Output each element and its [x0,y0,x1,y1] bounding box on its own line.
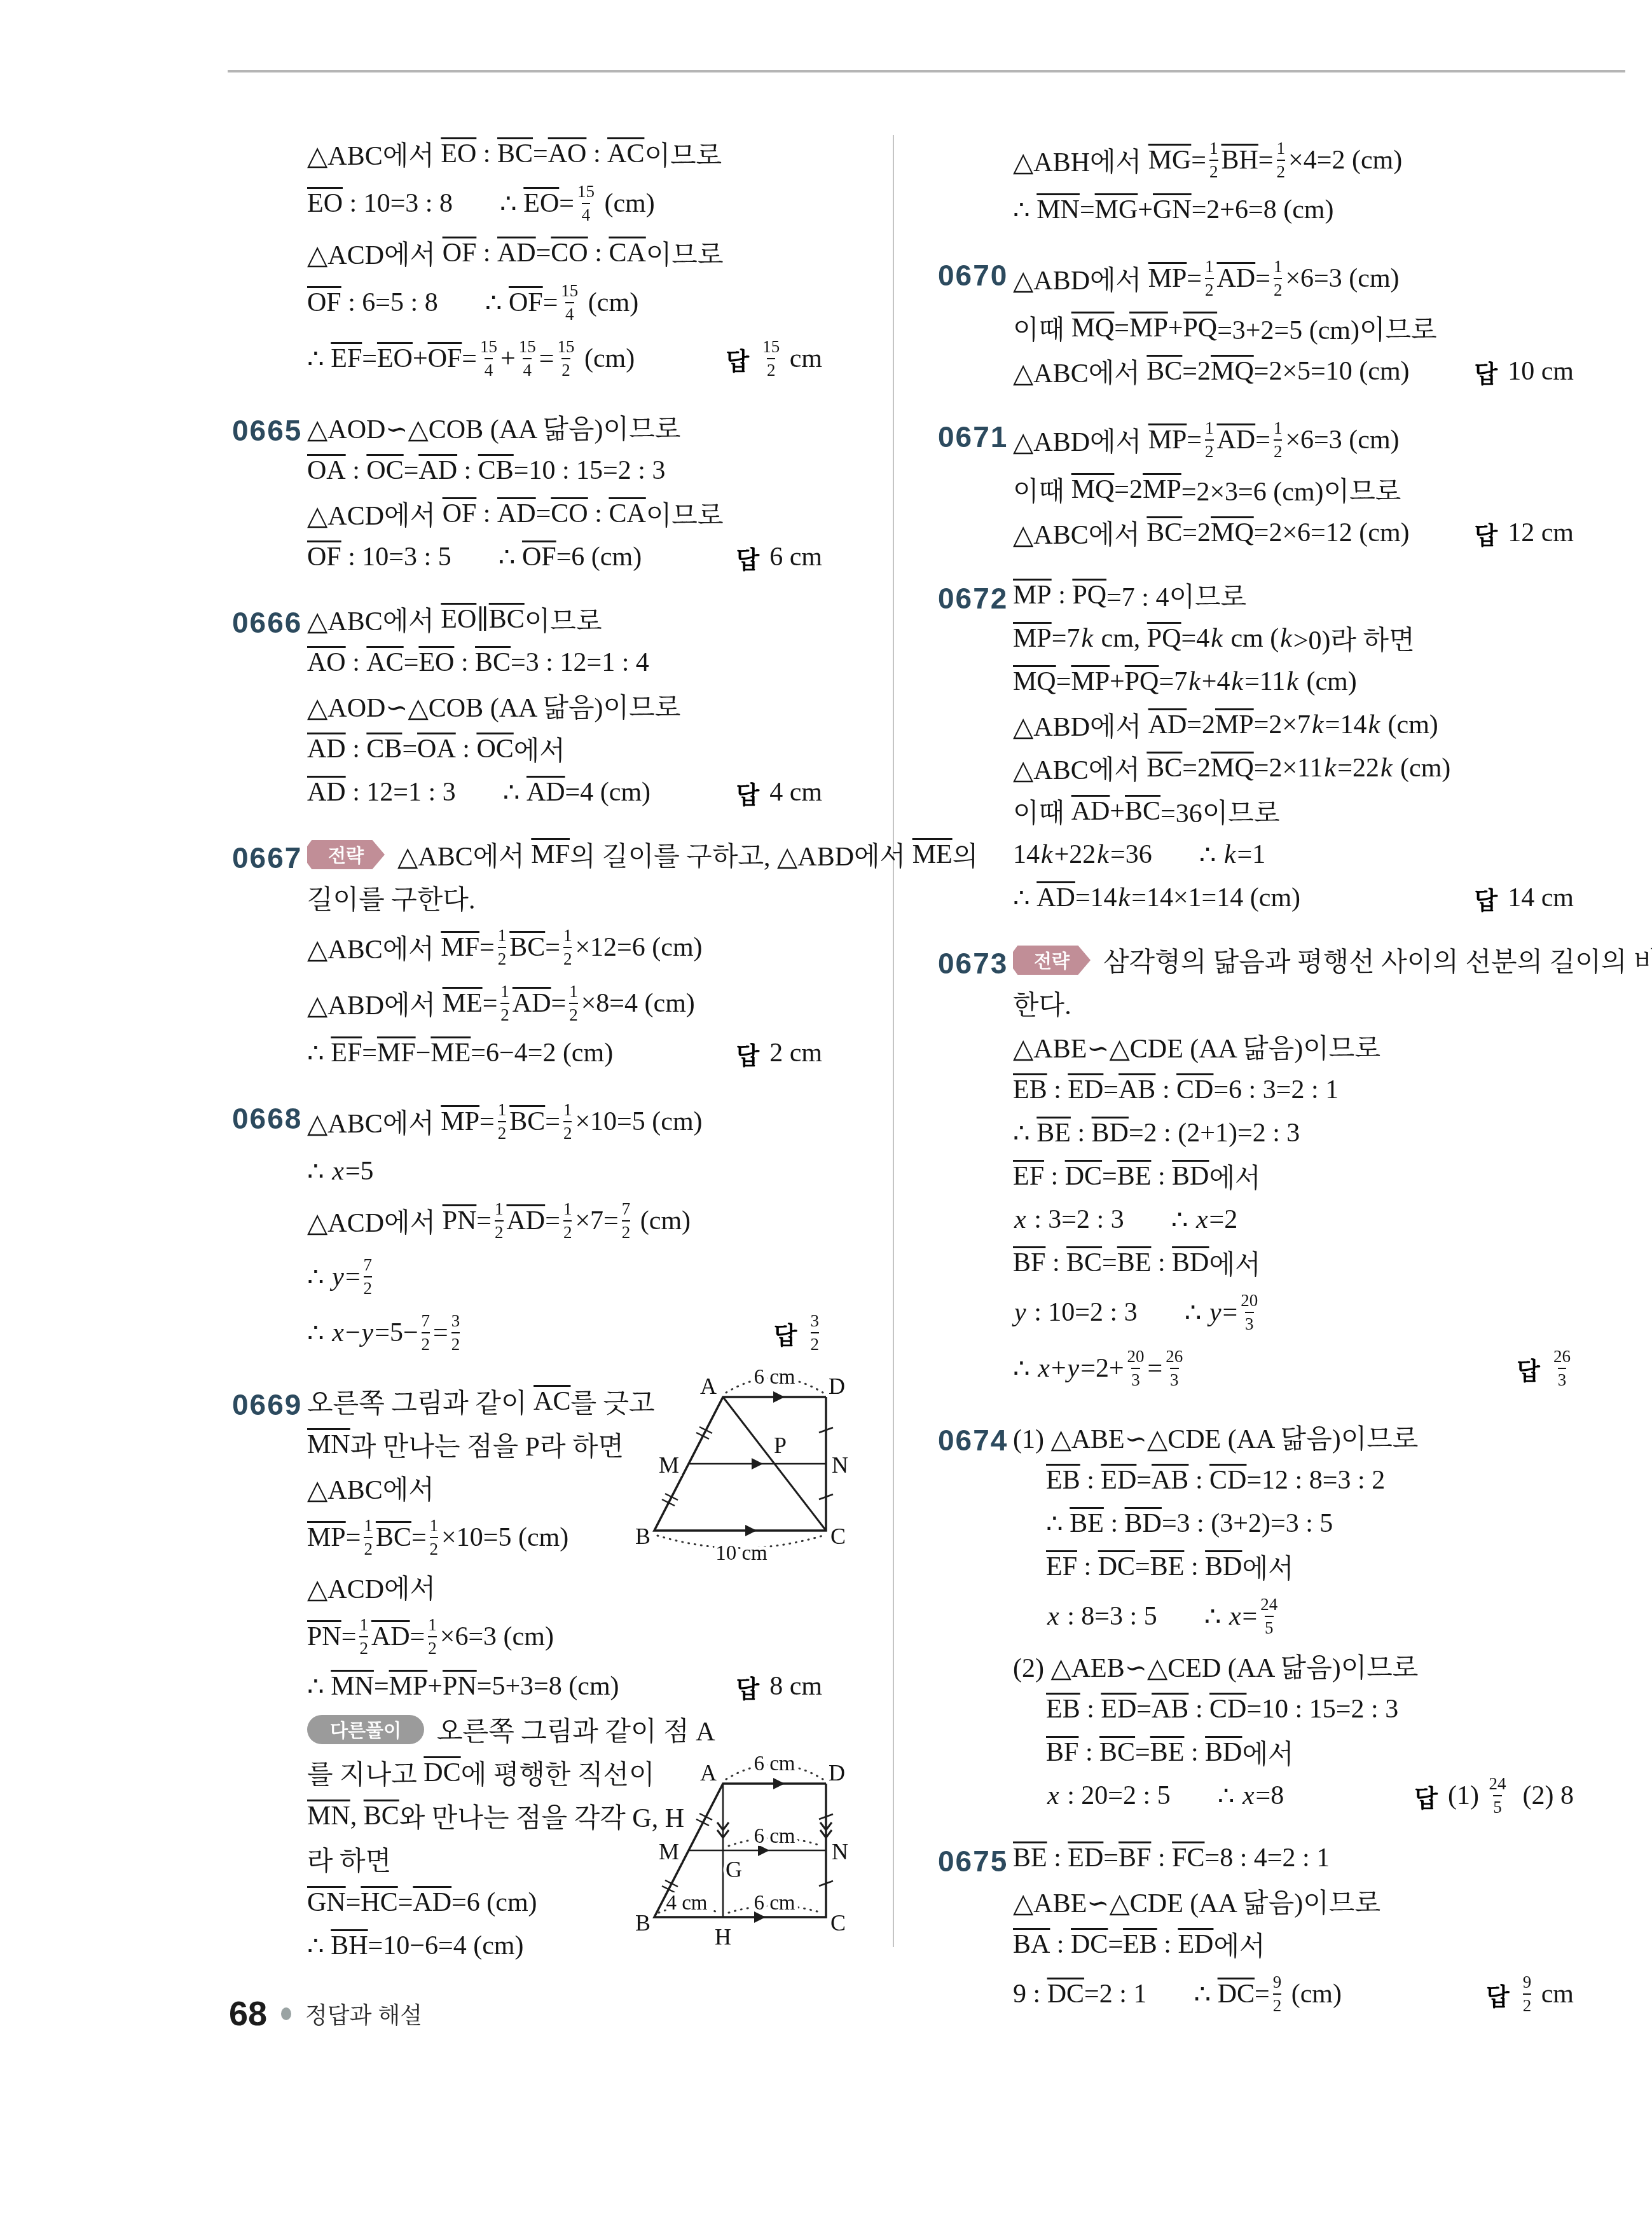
math-text: ∴ [503,776,527,808]
fraction-numerator: 26 [1553,1348,1571,1365]
math-text: =22 [1337,753,1379,783]
overlined-segment: DC [1065,1161,1102,1192]
answer-label: 답 [774,1316,797,1351]
overlined-segment: ED [1178,1929,1213,1960]
math-text: : 10=3 : 5 [341,542,451,572]
math-variable: k [1366,710,1381,740]
overlined-segment: AO [548,139,587,169]
fraction-numerator: 15 [577,183,595,200]
math-text: =3 : 12=1 : 4 [511,647,649,678]
math-text: (2) △AEB∽△CED (AA 닮음)이므로 [1013,1647,1418,1685]
fraction-denominator: 2 [1274,439,1283,460]
vertex-label-D: D [829,1760,845,1786]
math-text: (cm) [633,1206,691,1236]
problem-0674: 0674(1) △ABE∽△CDE (AA 닮음)이므로EB : ED=AB :… [938,1415,1574,1817]
fraction-numerator: 24 [1260,1596,1277,1613]
math-text: ×10=5 (cm) [441,1522,568,1553]
fraction-denominator: 2 [451,1332,460,1353]
overlined-segment: MP [307,1522,346,1553]
math-text: = [462,343,477,374]
math-text: △ABC에서 [1013,749,1146,787]
overlined-segment: MP [1148,263,1187,294]
math-text: =2 [1187,710,1215,740]
math-text: =6−4=2 (cm) [471,1038,613,1068]
fraction: 12 [428,1616,437,1657]
math-text: +4 [1202,666,1230,697]
math-text: △ABD에서 [1013,259,1148,298]
fraction: 12 [1274,258,1283,299]
solution-line: ∴ MN=MP+PN=5+3=8 (cm)답8 cm [307,1665,822,1708]
math-text: : [1047,1843,1068,1873]
overlined-segment: PQ [1125,666,1159,697]
overlined-segment: CA [609,499,645,529]
fraction-denominator: 4 [565,302,574,323]
solution-line: ∴ BE : BD=3 : (3+2)=3 : 5 [1013,1502,1574,1545]
dim-mid: 6 cm [754,1825,795,1848]
fraction-denominator: 2 [569,1003,578,1024]
math-text: = [1242,1601,1258,1632]
solution-line: x : 20=2 : 5∴ x=8답(1) 245 (2) 8 [1013,1774,1574,1817]
math-text: = [362,343,377,374]
fraction-denominator: 2 [811,1332,820,1353]
math-text: : [1080,1465,1101,1496]
overlined-segment: OF [307,542,341,572]
problem-number: 0670 [938,258,1008,293]
point-label-N: N [832,1452,848,1478]
fraction: 263 [1166,1348,1183,1389]
math-text: ∴ [485,287,509,319]
fraction: 12 [364,1517,373,1558]
math-text: : [457,455,478,486]
math-text: = [551,988,566,1019]
overlined-segment: AD [497,238,536,268]
overlined-segment: AB [1119,1075,1155,1105]
math-variable: y [1066,1353,1081,1384]
math-text: = [433,1318,448,1348]
fraction: 12 [1205,420,1214,460]
math-text: ×6=3 (cm) [1285,425,1399,455]
math-text: : [1050,1929,1071,1960]
fraction-denominator: 2 [359,1636,368,1657]
overlined-segment: CD [1209,1694,1246,1724]
math-text: − [345,1318,361,1348]
math-text: = [1102,1248,1117,1278]
math-text: ∥ [476,603,488,635]
solution-line: x : 8=3 : 5∴ x=245 [1013,1588,1574,1644]
math-text: =14 [1075,883,1117,913]
overlined-segment: HC [361,1887,397,1918]
fraction-numerator: 1 [1277,140,1286,157]
page-footer: 68 정답과 해설 [229,1994,422,2034]
fraction-numerator: 1 [1274,420,1283,437]
solution-line: 전략삼각형의 닮음과 평행선 사이의 선분의 길이의 비를 이용 [1013,939,1574,982]
dim-left: 4 cm [666,1892,707,1915]
fraction-numerator: 15 [480,338,497,355]
fraction-numerator: 20 [1241,1292,1258,1309]
overlined-segment: MQ [1071,474,1115,505]
math-text: (cm) [1381,710,1438,740]
math-text: 에서 [1242,1733,1293,1772]
solution-line: AD : 12=1 : 3∴ AD=4 (cm)답4 cm [307,771,822,814]
math-text: 오른쪽 그림과 같이 [307,1382,533,1421]
math-text: =2×7 [1254,710,1311,740]
math-text: = [346,1887,361,1918]
math-variable: x [1046,1780,1061,1811]
math-text: +22 [1054,839,1096,870]
overlined-segment: DC [1218,1979,1255,2009]
math-text: ∴ [307,1037,331,1069]
overlined-segment: ED [1101,1694,1136,1724]
solution-line: 전략△ABC에서 MF의 길이를 구하고, △ABD에서 ME의 [307,833,822,876]
math-variable: k [1187,666,1202,697]
overlined-segment: CA [609,238,645,268]
math-text: = [1136,1465,1152,1496]
math-text: =7 : 4이므로 [1106,576,1246,614]
overlined-segment: OC [476,734,513,764]
left-column: △ABC에서 EO : BC=AO : AC이므로EO : 10=3 : 8∴ … [232,132,822,1986]
solution-line: BE : ED=BF : FC=8 : 4=2 : 1 [1013,1836,1574,1880]
math-text: : [1188,1694,1209,1724]
math-variable: y [1208,1297,1223,1328]
strategy-badge: 전략 [1013,946,1091,975]
math-text: = [1114,313,1129,343]
math-text: △AOD∽△COB (AA 닮음)이므로 [307,687,680,725]
problem-number: 0668 [232,1101,302,1136]
overlined-segment: EO [418,647,454,678]
solution-line: 이때 MQ=2MP=2×3=6 (cm)이므로 [1013,468,1574,511]
answer: 답12 cm [1456,516,1574,551]
overlined-segment: MQ [1071,313,1115,343]
math-text: 10 cm [1508,356,1574,387]
fraction-denominator: 3 [1245,1312,1254,1333]
math-text: : [1077,1552,1098,1582]
solution-line: △ACD에서 OF : AD=CO : CA이므로 [307,231,822,275]
math-text: ∴ [307,1317,331,1349]
math-text: (1) [1448,1780,1485,1811]
math-text: : [1047,1075,1068,1105]
fraction-numerator: 1 [495,1201,504,1218]
overlined-segment: OF [443,499,477,529]
math-text: △ABD에서 [1013,421,1148,459]
math-text: 9 : [1013,1979,1047,2009]
problem-0667: 0667전략△ABC에서 MF의 길이를 구하고, △ABD에서 ME의길이를 … [232,833,822,1075]
overlined-segment: MG [1095,195,1138,225]
problem-0673: 0673전략삼각형의 닮음과 평행선 사이의 선분의 길이의 비를 이용한다.△… [938,939,1574,1396]
math-text: △ABD에서 [1013,706,1148,744]
math-text: ×6=3 (cm) [1285,263,1399,294]
math-text: =11 [1244,666,1285,697]
overlined-segment: AD [513,988,551,1019]
math-text: = [1191,145,1206,176]
math-variable: k [1096,839,1110,870]
math-text: =2×5=10 (cm) [1254,356,1410,387]
fraction-denominator: 2 [1209,160,1218,181]
math-text: = [479,932,495,963]
overlined-segment: DC [1098,1552,1135,1582]
math-variable: x [1228,1601,1242,1632]
math-text: = [402,734,417,764]
math-text: =10−6=4 (cm) [368,1931,524,1961]
math-text: 과 만나는 점을 P라 하면 [350,1426,624,1464]
dim-top: 6 cm [754,1368,795,1389]
solution-line: ∴ EF=EO+OF=154+154=152 (cm)답152 cm [307,331,822,387]
math-text: 삼각형의 닮음과 평행선 사이의 선분의 길이의 비를 이용 [1103,941,1652,979]
overlined-segment: BD [1172,1248,1209,1278]
overlined-segment: BD [1205,1552,1242,1582]
overlined-segment: BC [364,1801,399,1831]
solution-line: ∴ AD=14k=14×1=14 (cm)답14 cm [1013,876,1574,919]
overlined-segment: CB [366,734,402,764]
math-text: = [411,1522,427,1553]
fraction: 12 [563,1201,572,1241]
solution-line: ∴ x+y=2+203=263답263 [1013,1340,1574,1396]
fraction-numerator: 1 [359,1616,368,1634]
answer: 답32 [756,1312,822,1353]
overlined-segment: MP [1215,710,1254,740]
solution-line: BA : DC=EB : ED에서 [1013,1923,1574,1966]
vertex-label-C: C [830,1910,846,1936]
math-variable: k [1230,666,1245,697]
solution-line: BF : BC=BE : BD에서 [1013,1241,1574,1284]
answer-label: 답 [1486,1977,1510,2012]
overlined-segment: OF [443,238,477,268]
math-variable: k [1285,666,1300,697]
fraction-denominator: 2 [498,1121,507,1142]
overlined-segment: AD [1148,710,1187,740]
overlined-segment: MP [1143,474,1181,505]
math-text: : [1157,1929,1178,1960]
math-text: (cm) [1394,753,1451,783]
overlined-segment: BC [1146,356,1182,387]
math-text: =10 : 15=2 : 3 [514,455,666,486]
point-label-M: M [659,1452,679,1478]
math-variable: k [1223,839,1237,870]
math-text: 길이를 구한다. [307,879,475,917]
math-text: △ABC에서 [307,1469,434,1507]
fraction-numerator: 7 [622,1201,631,1218]
math-text: cm [783,343,822,374]
math-variable: y [1013,1297,1028,1328]
trapezoid-diagram-with-P: A D B C M N P 6 cm 10 cm [632,1368,851,1566]
math-text: 이므로 [646,495,724,533]
math-text: =36이므로 [1160,792,1279,830]
math-text: =2 [1114,474,1143,505]
math-text: ∴ [1218,1780,1241,1812]
overlined-segment: BA [1013,1929,1050,1960]
answer-label: 답 [1474,516,1497,551]
problem-number: 0675 [938,1844,1008,1878]
overlined-segment: BE [1013,1843,1047,1873]
solution-line: △AOD∽△COB (AA 닮음)이므로 [307,684,822,727]
fraction: 12 [498,1101,507,1142]
solution-line: EB : ED=AB : CD=10 : 15=2 : 3 [1013,1688,1574,1731]
math-text: △ACD에서 [307,234,443,272]
math-text: =6 (cm) [556,542,642,572]
solution-line: PN=12AD=12×6=3 (cm) [307,1609,822,1665]
problem-0675: 0675BE : ED=BF : FC=8 : 4=2 : 1△ABE∽△CDE… [938,1836,1574,2022]
overlined-segment: CO [551,499,588,529]
math-text: =6 : 3=2 : 1 [1213,1075,1339,1105]
math-text: ∴ [307,1930,331,1962]
vertex-label-B: B [635,1524,650,1549]
math-text: = [545,1106,560,1137]
overlined-segment: BE [1036,1118,1071,1148]
math-text: ∴ [1171,1204,1195,1235]
fraction-denominator: 2 [1205,439,1214,460]
fraction-numerator: 1 [563,1201,572,1218]
dim-right: 6 cm [754,1892,795,1915]
overlined-segment: EB [1046,1465,1080,1496]
fraction: 12 [569,983,578,1024]
math-text: : [1104,1508,1125,1539]
fraction: 72 [422,1312,430,1353]
solution-line: AO : AC=EO : BC=3 : 12=1 : 4 [307,641,822,684]
math-text: △ABC에서 [307,928,441,967]
math-text: =2×6=12 (cm) [1254,518,1410,548]
math-text: △ACD에서 [307,495,443,533]
math-text: =36 [1110,839,1152,870]
math-text: = [545,1206,560,1236]
overlined-segment: MP [1013,623,1052,654]
fraction: 32 [451,1312,460,1353]
fraction: 245 [1489,1775,1506,1816]
solution-line: △AOD∽△COB (AA 닮음)이므로 [307,406,822,449]
overlined-segment: BC [1146,753,1182,783]
math-text: (cm) [577,343,635,374]
overlined-segment: PN [443,1206,477,1236]
math-text: ∴ [500,188,523,219]
fraction-numerator: 1 [498,1101,507,1118]
overlined-segment: CB [478,455,514,486]
math-text: ×8=4 (cm) [581,988,695,1019]
math-text: : 12=1 : 3 [346,777,456,808]
overlined-segment: EF [331,1038,362,1068]
vertex-label-A: A [700,1373,717,1399]
solution-line: OF : 10=3 : 5∴ OF=6 (cm)답6 cm [307,535,822,579]
math-text: + [500,343,516,374]
overlined-segment: MP [1129,313,1168,343]
overlined-segment: GN [307,1887,346,1918]
math-text: : [346,647,367,678]
math-text: = [341,1621,357,1652]
fraction-denominator: 2 [430,1537,439,1558]
overlined-segment: AD [527,777,565,808]
fraction: 72 [364,1256,373,1297]
overlined-segment: OA [307,455,346,486]
overlined-segment: DC [423,1758,460,1788]
fraction: 152 [557,338,574,379]
fraction-numerator: 9 [1523,1974,1532,1991]
math-text: 에 평행한 직선이 [461,1754,655,1792]
math-text: = [1148,1353,1163,1384]
fraction-numerator: 15 [519,338,536,355]
vertex-label-C: C [830,1524,846,1549]
solution-line: EF : DC=BE : BD에서 [1013,1155,1574,1198]
overlined-segment: BE [1117,1248,1152,1278]
solution-line: 길이를 구한다. [307,876,822,919]
overlined-segment: EF [331,343,362,374]
math-text: △AOD∽△COB (AA 닮음)이므로 [307,408,680,446]
fraction-numerator: 1 [498,927,507,944]
solution-line: (1) △ABE∽△CDE (AA 닮음)이므로 [1013,1415,1574,1459]
math-text: ×4=2 (cm) [1288,145,1402,176]
math-text: + [413,343,428,374]
solution-line: △ABC에서 MF=12BC=12×12=6 (cm) [307,919,822,975]
math-text: = [543,287,558,318]
math-text: (2) 8 [1510,1780,1574,1811]
math-text: : 8=3 : 5 [1061,1601,1157,1632]
math-text: = [362,1038,377,1068]
solution-line: ∴ EF=MF−ME=6−4=2 (cm)답2 cm [307,1031,822,1075]
math-text: =3 : (3+2)=3 : 5 [1162,1508,1333,1539]
math-variable: x [331,1156,345,1187]
overlined-segment: OF [522,542,556,572]
math-text: =5+3=8 (cm) [477,1671,619,1702]
math-variable: k [1379,753,1394,783]
overlined-segment: AB [1152,1465,1188,1496]
math-text: = [1255,263,1270,294]
overlined-segment: MP [1013,580,1052,610]
solution-line: △ABC에서 MP=12BC=12×10=5 (cm) [307,1094,822,1150]
math-text: 이때 [1013,471,1071,509]
solution-line: 이때 MQ=MP+PQ=3+2=5 (cm)이므로 [1013,306,1574,350]
solution-line: OA : OC=AD : CB=10 : 15=2 : 3 [307,449,822,492]
fraction-denominator: 2 [1273,1993,1282,2014]
math-text: ∴ [1204,1600,1228,1632]
math-text: + [1138,195,1153,225]
overlined-segment: EB [1013,1075,1047,1105]
fraction-numerator: 7 [422,1312,430,1330]
problem-number: 0673 [938,946,1008,981]
math-text: =12 : 8=3 : 2 [1246,1465,1385,1496]
solution-line: ∴ y=72 [307,1249,822,1305]
math-text: + [1110,796,1125,827]
math-variable: k [1279,623,1293,654]
problem-continuation: △ABC에서 EO : BC=AO : AC이므로EO : 10=3 : 8∴ … [232,132,822,387]
math-variable: k [1209,623,1224,654]
math-variable: x [1241,1780,1256,1811]
overlined-segment: MF [377,1038,416,1068]
fraction: 12 [1274,420,1283,460]
fraction: 92 [1523,1974,1532,2014]
math-text: : [1045,1248,1066,1278]
math-variable: k [1117,883,1132,913]
trapezoid-diagram-with-GH: A D B C M N G H 6 cm 6 cm 4 cm 6 cm [632,1755,851,1955]
fraction-denominator: 4 [523,358,532,379]
fraction: 203 [1127,1348,1145,1389]
math-text: : [476,499,497,529]
overlined-segment: BC [1066,1248,1102,1278]
math-text: : [346,455,367,486]
fraction-denominator: 5 [1493,1795,1502,1816]
math-text: ∴ [307,343,331,375]
math-text: =1 [1237,839,1266,870]
overlined-segment: BC [1146,518,1182,548]
strategy-badge: 전략 [307,840,385,869]
solution-line: △ABE∽△CDE (AA 닮음)이므로 [1013,1025,1574,1068]
math-variable: x [331,1318,345,1348]
overlined-segment: ED [1068,1843,1103,1873]
fraction-numerator: 3 [451,1312,460,1330]
math-text: : [1184,1737,1205,1768]
fraction-denominator: 2 [1274,278,1283,299]
solutions-page: △ABC에서 EO : BC=AO : AC이므로EO : 10=3 : 8∴ … [0,0,1652,2230]
overlined-segment: MF [441,932,479,963]
overlined-segment: PQ [1183,313,1217,343]
fraction-denominator: 2 [563,947,572,968]
fraction-denominator: 2 [563,1121,572,1142]
overlined-segment: PQ [1147,623,1181,654]
